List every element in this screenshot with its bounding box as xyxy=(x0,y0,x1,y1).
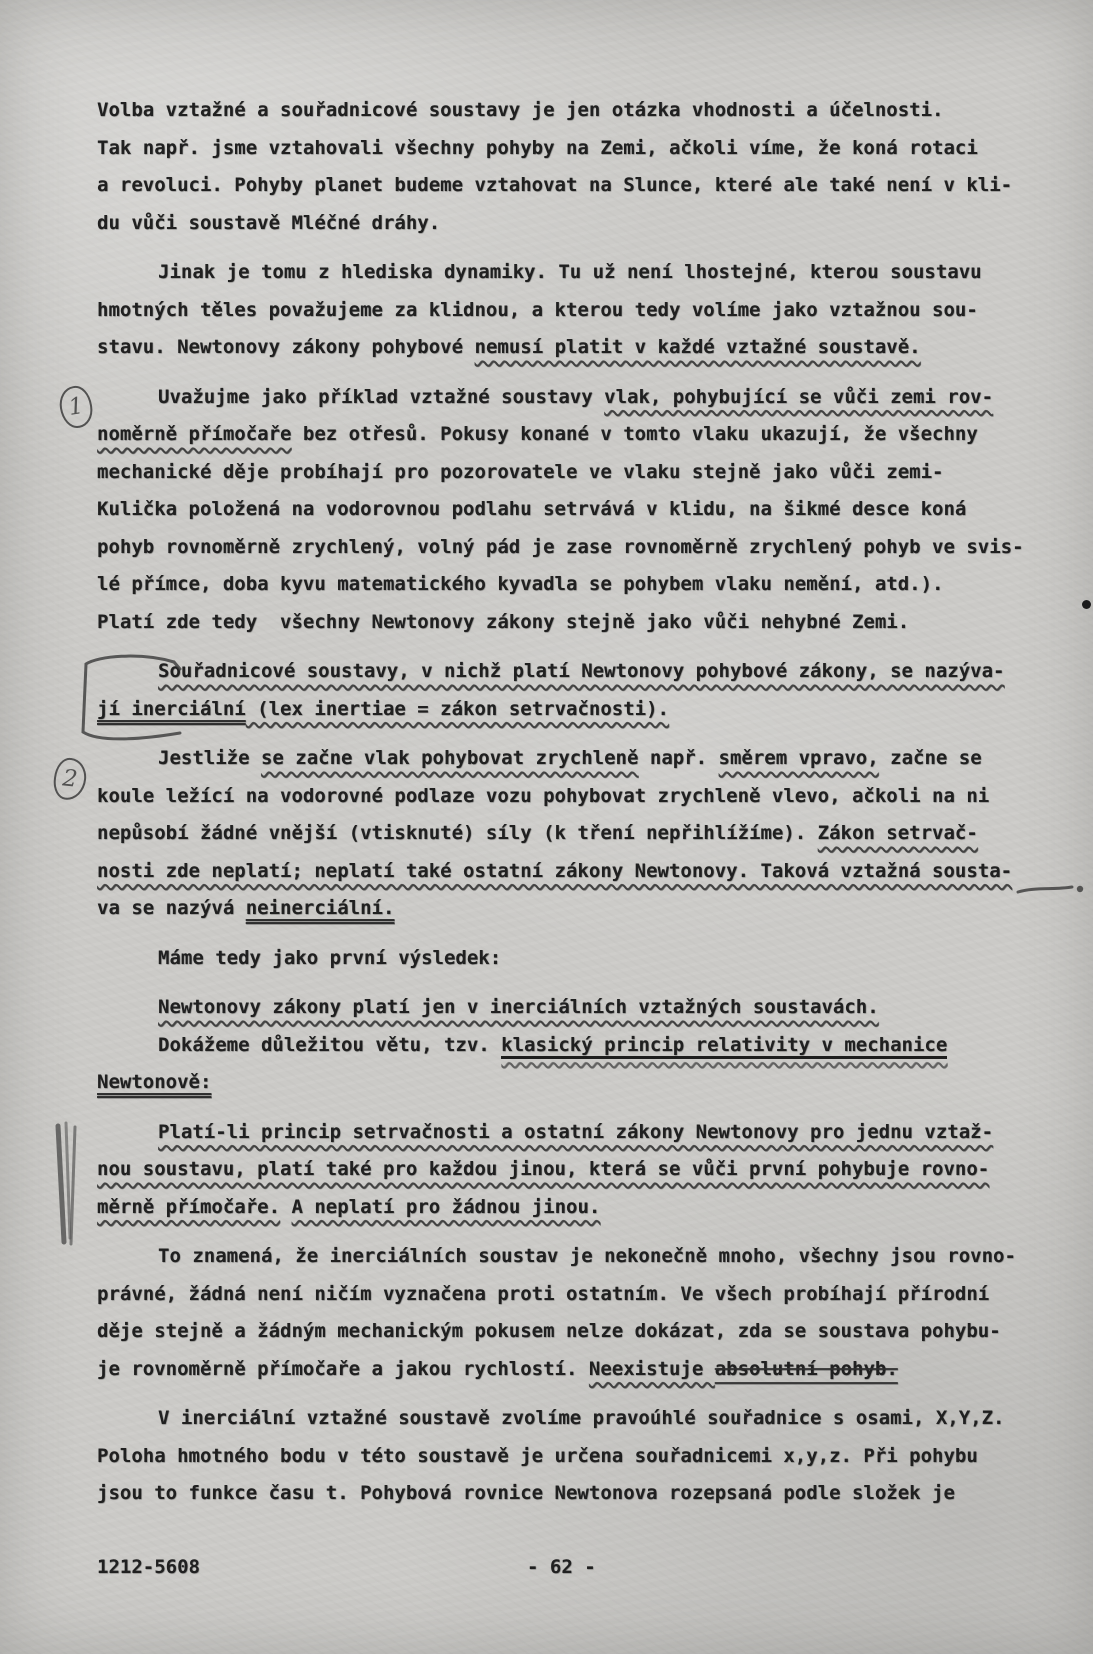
text-segment: jsou to funkce času t. Pohybová rovnice … xyxy=(97,1482,955,1504)
text-line: Newtonovy zákony platí jen v inerciálníc… xyxy=(97,989,1082,1027)
text-line: děje stejně a žádným mechanickým pokusem… xyxy=(97,1313,1082,1351)
page-number: - 62 - xyxy=(527,1556,596,1578)
text-line: va se nazývá neinerciální. xyxy=(97,890,1082,928)
text-segment: mechanické děje probíhají pro pozorovate… xyxy=(97,461,943,483)
margin-note-1-circled: 1 xyxy=(57,384,95,430)
text-line: jí inerciální (lex inertiae = zákon setr… xyxy=(97,691,1082,729)
margin-note-1-label: 1 xyxy=(67,393,86,421)
text-segment-underlined: se začne vlak pohybovat zrychleně xyxy=(261,747,639,769)
text-line: Poloha hmotného bodu v této soustavě je … xyxy=(97,1438,1082,1476)
text-segment-underlined: Newtonovy zákony platí jen v inerciálníc… xyxy=(158,996,879,1018)
text-segment: děje stejně a žádným mechanickým pokusem… xyxy=(97,1320,1001,1342)
text-segment xyxy=(280,1196,291,1218)
text-segment: Uvažujme jako příklad vztažné soustavy xyxy=(158,386,604,408)
text-line: Kulička položená na vodorovnou podlahu s… xyxy=(97,491,1082,529)
text-line: právné, žádná není ničím vyznačena proti… xyxy=(97,1276,1082,1314)
text-line: Máme tedy jako první výsledek: xyxy=(97,940,1082,978)
text-line: nepůsobí žádné vnější (vtisknuté) síly (… xyxy=(97,815,1082,853)
text-segment-underlined: noměrně přímočaře xyxy=(97,423,291,445)
text-segment: Kulička položená na vodorovnou podlahu s… xyxy=(97,498,966,520)
page-footer: 1212-5608 - 62 - xyxy=(0,1556,1093,1596)
text-segment-underlined: (lex inertiae = zákon setrvačnosti). xyxy=(246,698,669,720)
text-segment: pohyb rovnoměrně zrychlený, volný pád je… xyxy=(97,536,1024,558)
text-line: koule ležící na vodorovné podlaze vozu p… xyxy=(97,778,1082,816)
text-segment-underlined: Souřadnicové soustavy, v nichž platí New… xyxy=(158,660,1004,682)
text-segment: nepůsobí žádné vnější (vtisknuté) síly (… xyxy=(97,822,818,844)
text-segment: du vůči soustavě Mléčné dráhy. xyxy=(97,212,440,234)
document-number: 1212-5608 xyxy=(97,1556,200,1578)
text-segment-underlined: Zákon setrvač- xyxy=(818,822,978,844)
text-line: Newtonově: xyxy=(97,1064,1082,1102)
text-segment: Volba vztažné a souřadnicové soustavy je… xyxy=(97,99,943,121)
text-line: jsou to funkce času t. Pohybová rovnice … xyxy=(97,1475,1082,1513)
text-segment: koule ležící na vodorovné podlaze vozu p… xyxy=(97,785,989,807)
text-segment: hmotných těles považujeme za klidnou, a … xyxy=(97,299,978,321)
text-segment: Tak např. jsme vztahovali všechny pohyby… xyxy=(97,137,978,159)
text-segment-underlined: měrně přímočaře. xyxy=(97,1196,280,1218)
text-line: je rovnoměrně přímočaře a jakou rychlost… xyxy=(97,1351,1082,1389)
text-segment-underlined: nosti zde neplatí; neplatí také ostatní … xyxy=(97,860,1012,882)
text-segment: Máme tedy jako první výsledek: xyxy=(158,947,501,969)
text-line: hmotných těles považujeme za klidnou, a … xyxy=(97,292,1082,330)
text-segment-underlined: neinerciální. xyxy=(246,897,395,919)
text-segment-underlined: nou soustavu, platí také pro každou jino… xyxy=(97,1158,989,1180)
text-line: To znamená, že inerciálních soustav je n… xyxy=(97,1238,1082,1276)
margin-note-2-circled: 2 xyxy=(52,756,88,801)
text-line: mechanické děje probíhají pro pozorovate… xyxy=(97,454,1082,492)
text-line: stavu. Newtonovy zákony pohybové nemusí … xyxy=(97,329,1082,367)
text-line: Volba vztažné a souřadnicové soustavy je… xyxy=(97,92,1082,130)
text-line: měrně přímočaře. A neplatí pro žádnou ji… xyxy=(97,1189,1082,1227)
text-segment: va se nazývá xyxy=(97,897,246,919)
text-line: nou soustavu, platí také pro každou jino… xyxy=(97,1151,1082,1189)
pencil-emphasis-lines xyxy=(48,1120,88,1250)
text-line: Uvažujme jako příklad vztažné soustavy v… xyxy=(97,379,1082,417)
ink-dot-artifact xyxy=(1082,600,1091,609)
text-segment: Platí zde tedy všechny Newtonovy zákony … xyxy=(97,611,909,633)
text-line: a revoluci. Pohyby planet budeme vztahov… xyxy=(97,167,1082,205)
text-line: Platí-li princip setrvačnosti a ostatní … xyxy=(97,1114,1082,1152)
text-segment-underlined: klasický princip relativity v mechanice xyxy=(501,1034,947,1059)
text-body: Volba vztažné a souřadnicové soustavy je… xyxy=(97,92,1082,1513)
text-line: nosti zde neplatí; neplatí také ostatní … xyxy=(97,853,1082,891)
text-line: Souřadnicové soustavy, v nichž platí New… xyxy=(97,653,1082,691)
text-segment: V inerciální vztažné soustavě zvolíme pr… xyxy=(158,1407,1004,1429)
text-segment-underlined: nemusí platit v každé vztažné soustavě. xyxy=(475,336,921,358)
text-segment: stavu. Newtonovy zákony pohybové xyxy=(97,336,475,358)
text-segment: Jinak je tomu z hlediska dynamiky. Tu už… xyxy=(158,261,982,283)
text-segment-underlined: A neplatí pro žádnou jinou. xyxy=(291,1196,600,1218)
text-segment: začne se xyxy=(879,747,982,769)
text-segment: Dokážeme důležitou větu, tzv. xyxy=(158,1034,501,1056)
text-line: Tak např. jsme vztahovali všechny pohyby… xyxy=(97,130,1082,168)
text-line: Platí zde tedy všechny Newtonovy zákony … xyxy=(97,604,1082,642)
text-segment: je rovnoměrně přímočaře a jakou rychlost… xyxy=(97,1358,589,1380)
scanned-page: Volba vztažné a souřadnicové soustavy je… xyxy=(0,0,1093,1654)
text-segment: Poloha hmotného bodu v této soustavě je … xyxy=(97,1445,978,1467)
text-line: Jestliže se začne vlak pohybovat zrychle… xyxy=(97,740,1082,778)
text-segment-underlined: směrem vpravo, xyxy=(719,747,879,769)
text-segment: bez otřesů. Pokusy konané v tomto vlaku … xyxy=(291,423,977,445)
text-segment-underlined: Newtonově: xyxy=(97,1071,211,1093)
text-line: V inerciální vztažné soustavě zvolíme pr… xyxy=(97,1400,1082,1438)
text-segment: To znamená, že inerciálních soustav je n… xyxy=(158,1245,1016,1267)
margin-note-2-label: 2 xyxy=(61,765,78,792)
text-segment-underlined: vlak, pohybující se vůči zemi rov- xyxy=(604,386,993,408)
text-segment: lé přímce, doba kyvu matematického kyvad… xyxy=(97,573,943,595)
text-line: lé přímce, doba kyvu matematického kyvad… xyxy=(97,566,1082,604)
text-segment-underlined: Neexistuje xyxy=(589,1358,715,1380)
text-line: Jinak je tomu z hlediska dynamiky. Tu už… xyxy=(97,254,1082,292)
text-segment-underlined: absolutní pohyb. xyxy=(715,1358,898,1380)
text-line: noměrně přímočaře bez otřesů. Pokusy kon… xyxy=(97,416,1082,454)
text-segment-underlined: Platí-li princip setrvačnosti a ostatní … xyxy=(158,1121,993,1143)
pencil-bracket-annotation xyxy=(70,648,190,752)
text-line: Dokážeme důležitou větu, tzv. klasický p… xyxy=(97,1027,1082,1065)
text-segment: a revoluci. Pohyby planet budeme vztahov… xyxy=(97,174,1012,196)
pencil-dash-mark xyxy=(1016,876,1088,902)
text-segment: právné, žádná není ničím vyznačena proti… xyxy=(97,1283,989,1305)
text-segment: např. xyxy=(638,747,718,769)
text-line: du vůči soustavě Mléčné dráhy. xyxy=(97,205,1082,243)
text-line: pohyb rovnoměrně zrychlený, volný pád je… xyxy=(97,529,1082,567)
